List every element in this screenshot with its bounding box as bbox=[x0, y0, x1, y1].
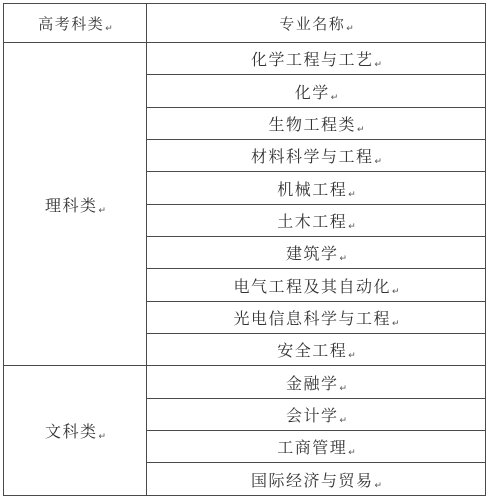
table-header-row: 高考科类↵ 专业名称↵ bbox=[4, 4, 486, 43]
major-cell: 机械工程↵ bbox=[147, 172, 486, 204]
major-label: 国际经济与贸易 bbox=[251, 473, 374, 490]
major-cell: 国际经济与贸易↵ bbox=[147, 463, 486, 496]
major-cell: 安全工程↵ bbox=[147, 334, 486, 366]
header-major-name: 专业名称↵ bbox=[147, 4, 486, 43]
paragraph-mark-icon: ↵ bbox=[357, 124, 365, 134]
majors-table: 高考科类↵ 专业名称↵ 理科类↵ 化学工程与工艺↵ 化学↵ 生物工程类↵ 材料科… bbox=[3, 3, 486, 496]
major-cell: 光电信息科学与工程↵ bbox=[147, 301, 486, 333]
paragraph-mark-icon: ↵ bbox=[98, 431, 106, 441]
major-cell: 化学↵ bbox=[147, 75, 486, 107]
paragraph-mark-icon: ↵ bbox=[339, 383, 347, 393]
major-cell: 化学工程与工艺↵ bbox=[147, 43, 486, 75]
paragraph-mark-icon: ↵ bbox=[374, 59, 382, 69]
paragraph-mark-icon: ↵ bbox=[374, 480, 382, 490]
header-exam-category-label: 高考科类 bbox=[38, 17, 104, 33]
major-cell: 建筑学↵ bbox=[147, 237, 486, 269]
category-cell-science: 理科类↵ bbox=[4, 43, 147, 366]
paragraph-mark-icon: ↵ bbox=[348, 189, 356, 199]
major-cell: 电气工程及其自动化↵ bbox=[147, 269, 486, 301]
paragraph-mark-icon: ↵ bbox=[374, 156, 382, 166]
table-row: 理科类↵ 化学工程与工艺↵ bbox=[4, 43, 486, 75]
major-label: 土木工程 bbox=[277, 214, 347, 231]
major-cell: 工商管理↵ bbox=[147, 431, 486, 463]
paragraph-mark-icon: ↵ bbox=[348, 447, 356, 457]
paragraph-mark-icon: ↵ bbox=[346, 23, 354, 33]
major-label: 会计学 bbox=[286, 408, 339, 425]
major-label: 电气工程及其自动化 bbox=[233, 279, 391, 296]
paragraph-mark-icon: ↵ bbox=[339, 253, 347, 263]
major-cell: 金融学↵ bbox=[147, 366, 486, 398]
category-label: 文科类 bbox=[45, 424, 98, 441]
major-cell: 土木工程↵ bbox=[147, 204, 486, 236]
paragraph-mark-icon: ↵ bbox=[392, 286, 400, 296]
header-exam-category: 高考科类↵ bbox=[4, 4, 147, 43]
major-label: 化学 bbox=[295, 85, 330, 102]
major-cell: 会计学↵ bbox=[147, 398, 486, 430]
major-label: 建筑学 bbox=[286, 246, 339, 263]
table-row: 文科类↵ 金融学↵ bbox=[4, 366, 486, 398]
major-label: 材料科学与工程 bbox=[251, 149, 374, 166]
paragraph-mark-icon: ↵ bbox=[348, 350, 356, 360]
major-label: 生物工程类 bbox=[268, 117, 356, 134]
category-label: 理科类 bbox=[45, 198, 98, 215]
major-cell: 材料科学与工程↵ bbox=[147, 140, 486, 172]
paragraph-mark-icon: ↵ bbox=[98, 205, 106, 215]
major-cell: 生物工程类↵ bbox=[147, 107, 486, 139]
major-label: 化学工程与工艺 bbox=[251, 52, 374, 69]
major-label: 光电信息科学与工程 bbox=[233, 311, 391, 328]
major-label: 工商管理 bbox=[277, 440, 347, 457]
paragraph-mark-icon: ↵ bbox=[348, 221, 356, 231]
paragraph-mark-icon: ↵ bbox=[339, 415, 347, 425]
paragraph-mark-icon: ↵ bbox=[331, 92, 339, 102]
paragraph-mark-icon: ↵ bbox=[105, 23, 113, 33]
major-label: 机械工程 bbox=[277, 182, 347, 199]
category-cell-arts: 文科类↵ bbox=[4, 366, 147, 496]
major-label: 金融学 bbox=[286, 376, 339, 393]
header-major-name-label: 专业名称 bbox=[279, 17, 345, 33]
paragraph-mark-icon: ↵ bbox=[392, 318, 400, 328]
major-label: 安全工程 bbox=[277, 343, 347, 360]
